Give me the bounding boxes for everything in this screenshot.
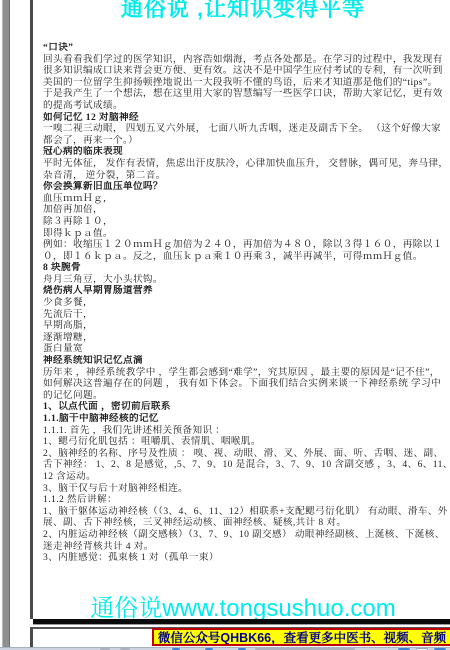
text-line: 1.1.脑干中脑神经核的记忆 <box>43 413 450 425</box>
text-line: 血压ｍｍＨｇ， <box>43 193 450 205</box>
text-line: 舌下神经： 1、2、8 是感觉，,5、7、9、10 是混合，3、7、9、10 含… <box>43 459 450 471</box>
text-line: 历年来 ，神经系统教学中 ，学生都会感到“难学”，究其原因 ，最主要的原因是“记… <box>43 367 450 379</box>
text-line: 3、脑干仅与后十对脑神经相连。 <box>43 483 450 495</box>
text-line: 于是我产生了一个想法，想在这里用大家的智慧编写一些医学口诀，帮助大家记忆，更有效 <box>43 88 450 100</box>
text-line: 8 块腕骨 <box>43 262 450 274</box>
text-line: 很多知识编成口诀来背会更方便、更有效。这决不是中国学生应付考试的专利，有一次听到 <box>43 65 450 77</box>
text-line: 一嗅二视三动眼， 四划五叉六外展， 七面八听九舌咽，迷走及副舌下全。 （这个好像… <box>43 123 450 135</box>
text-line: 逐渐增糖， <box>43 332 450 344</box>
page-footer-site: 通俗说www.tongsushuo.com <box>33 588 450 619</box>
text-line: 2、内脏运动神经核（副交感核）（3、7、9、10 副交感） 动眼神经副核、上涎核… <box>43 529 450 541</box>
text-line: 美国的一位留学生抑扬顿挫地说出一大段我听不懂的鸟语，后来才知道那是他们的“tip… <box>43 77 450 89</box>
text-line: 神经系统知识记忆点滴 <box>43 355 450 367</box>
text-line: 少食多餐， <box>43 297 450 309</box>
text-line: 都会了，再来一个。） <box>43 135 450 147</box>
text-line: 冠心病的临床表现 <box>43 146 450 158</box>
text-line: ０，即１６ｋｐａ。反之，血压ｋｐａ乘１０再乘３，减半再减半，可得ｍｍＨｇ值。 <box>43 251 450 263</box>
wechat-promo-banner[interactable]: 微信公众号QHBK66，查看更多中医书、视频、音频 <box>152 628 450 646</box>
document-page: 通俗说 ,让知识变得平等 “口诀”回头看看我们学过的医学知识，内容浩如烟海，考点… <box>30 0 450 619</box>
text-line: 如何记忆 12 对脑神经 <box>43 112 450 124</box>
text-line: 杂音清， 逆分裂，第二音。 <box>43 170 450 182</box>
page-bottom-border <box>33 619 450 625</box>
text-line: “口诀” <box>43 42 450 54</box>
text-line: 舟月三角豆，大小头状钩。 <box>43 274 450 286</box>
text-line: 的提高考试成绩。 <box>43 100 450 112</box>
text-line: 你会换算新旧血压单位吗？ <box>43 181 450 193</box>
text-line: 蛋白量宽 <box>43 343 450 355</box>
text-line: 平时无体征， 发作有表情，焦虑出汗皮肤冷，心律加快血压升， 交替脉，偶可见，奔马… <box>43 158 450 170</box>
text-line: 例如：收缩压１２０ｍｍＨｇ加倍为２４０，再加倍为４８０，除以３得１６０，再除以１ <box>43 239 450 251</box>
text-line: 的记忆问题。 <box>43 390 450 402</box>
text-line: 1、脑干躯体运动神经核（（3、4、6、11、12）相联系+支配鳃弓衍化肌） 有动… <box>43 506 450 518</box>
text-line: 烧伤病人早期胃肠道营养 <box>43 285 450 297</box>
text-line: 除３再除１０， <box>43 216 450 228</box>
text-line: 12 含运动。 <box>43 471 450 483</box>
text-line: 早期高脂， <box>43 320 450 332</box>
text-line: 即得ｋｐａ值。 <box>43 228 450 240</box>
text-line: 加倍再加倍， <box>43 204 450 216</box>
text-line: 如何解决这普遍存在的问题 ， 我有如下体会。下面我们结合实例来谈一下神经系统 学… <box>43 378 450 390</box>
page-header-title: 通俗说 ,让知识变得平等 <box>33 0 450 23</box>
text-line: 3、内脏感觉：孤束核 1 对（孤单一束） <box>43 552 450 564</box>
document-viewer: 通俗说 ,让知识变得平等 “口诀”回头看看我们学过的医学知识，内容浩如烟海，考点… <box>0 0 450 650</box>
text-line: 1.1.1. 首先 ，我们先讲述相关预备知识 ： <box>43 425 450 437</box>
text-line: 展、副、舌下神经核，三叉神经运动核、面神经核、疑核,共计 8 对。 <box>43 517 450 529</box>
left-scrollbar[interactable] <box>2 0 10 647</box>
text-line: 先流后干， <box>43 309 450 321</box>
text-line: 1、以点代面 ，密切前后联系 <box>43 401 450 413</box>
text-line: 1.1.2 然后讲解： <box>43 494 450 506</box>
text-line: 迷走神经背核共计 4 对。 <box>43 541 450 553</box>
document-lines: “口诀”回头看看我们学过的医学知识，内容浩如烟海，考点各处都是。在学习的过程中，… <box>43 42 450 564</box>
text-line: 2、脑神经的名称、序号及性质 ： 嗅、视、动眼、滑、叉、外展、面、听、舌咽、迷、… <box>43 448 450 460</box>
text-line: 回头看看我们学过的医学知识，内容浩如烟海，考点各处都是。在学习的过程中，我发现有 <box>43 54 450 66</box>
text-line: 1、鳃弓衍化肌包括 ：咀嚼肌、表情肌、咽喉肌。 <box>43 436 450 448</box>
